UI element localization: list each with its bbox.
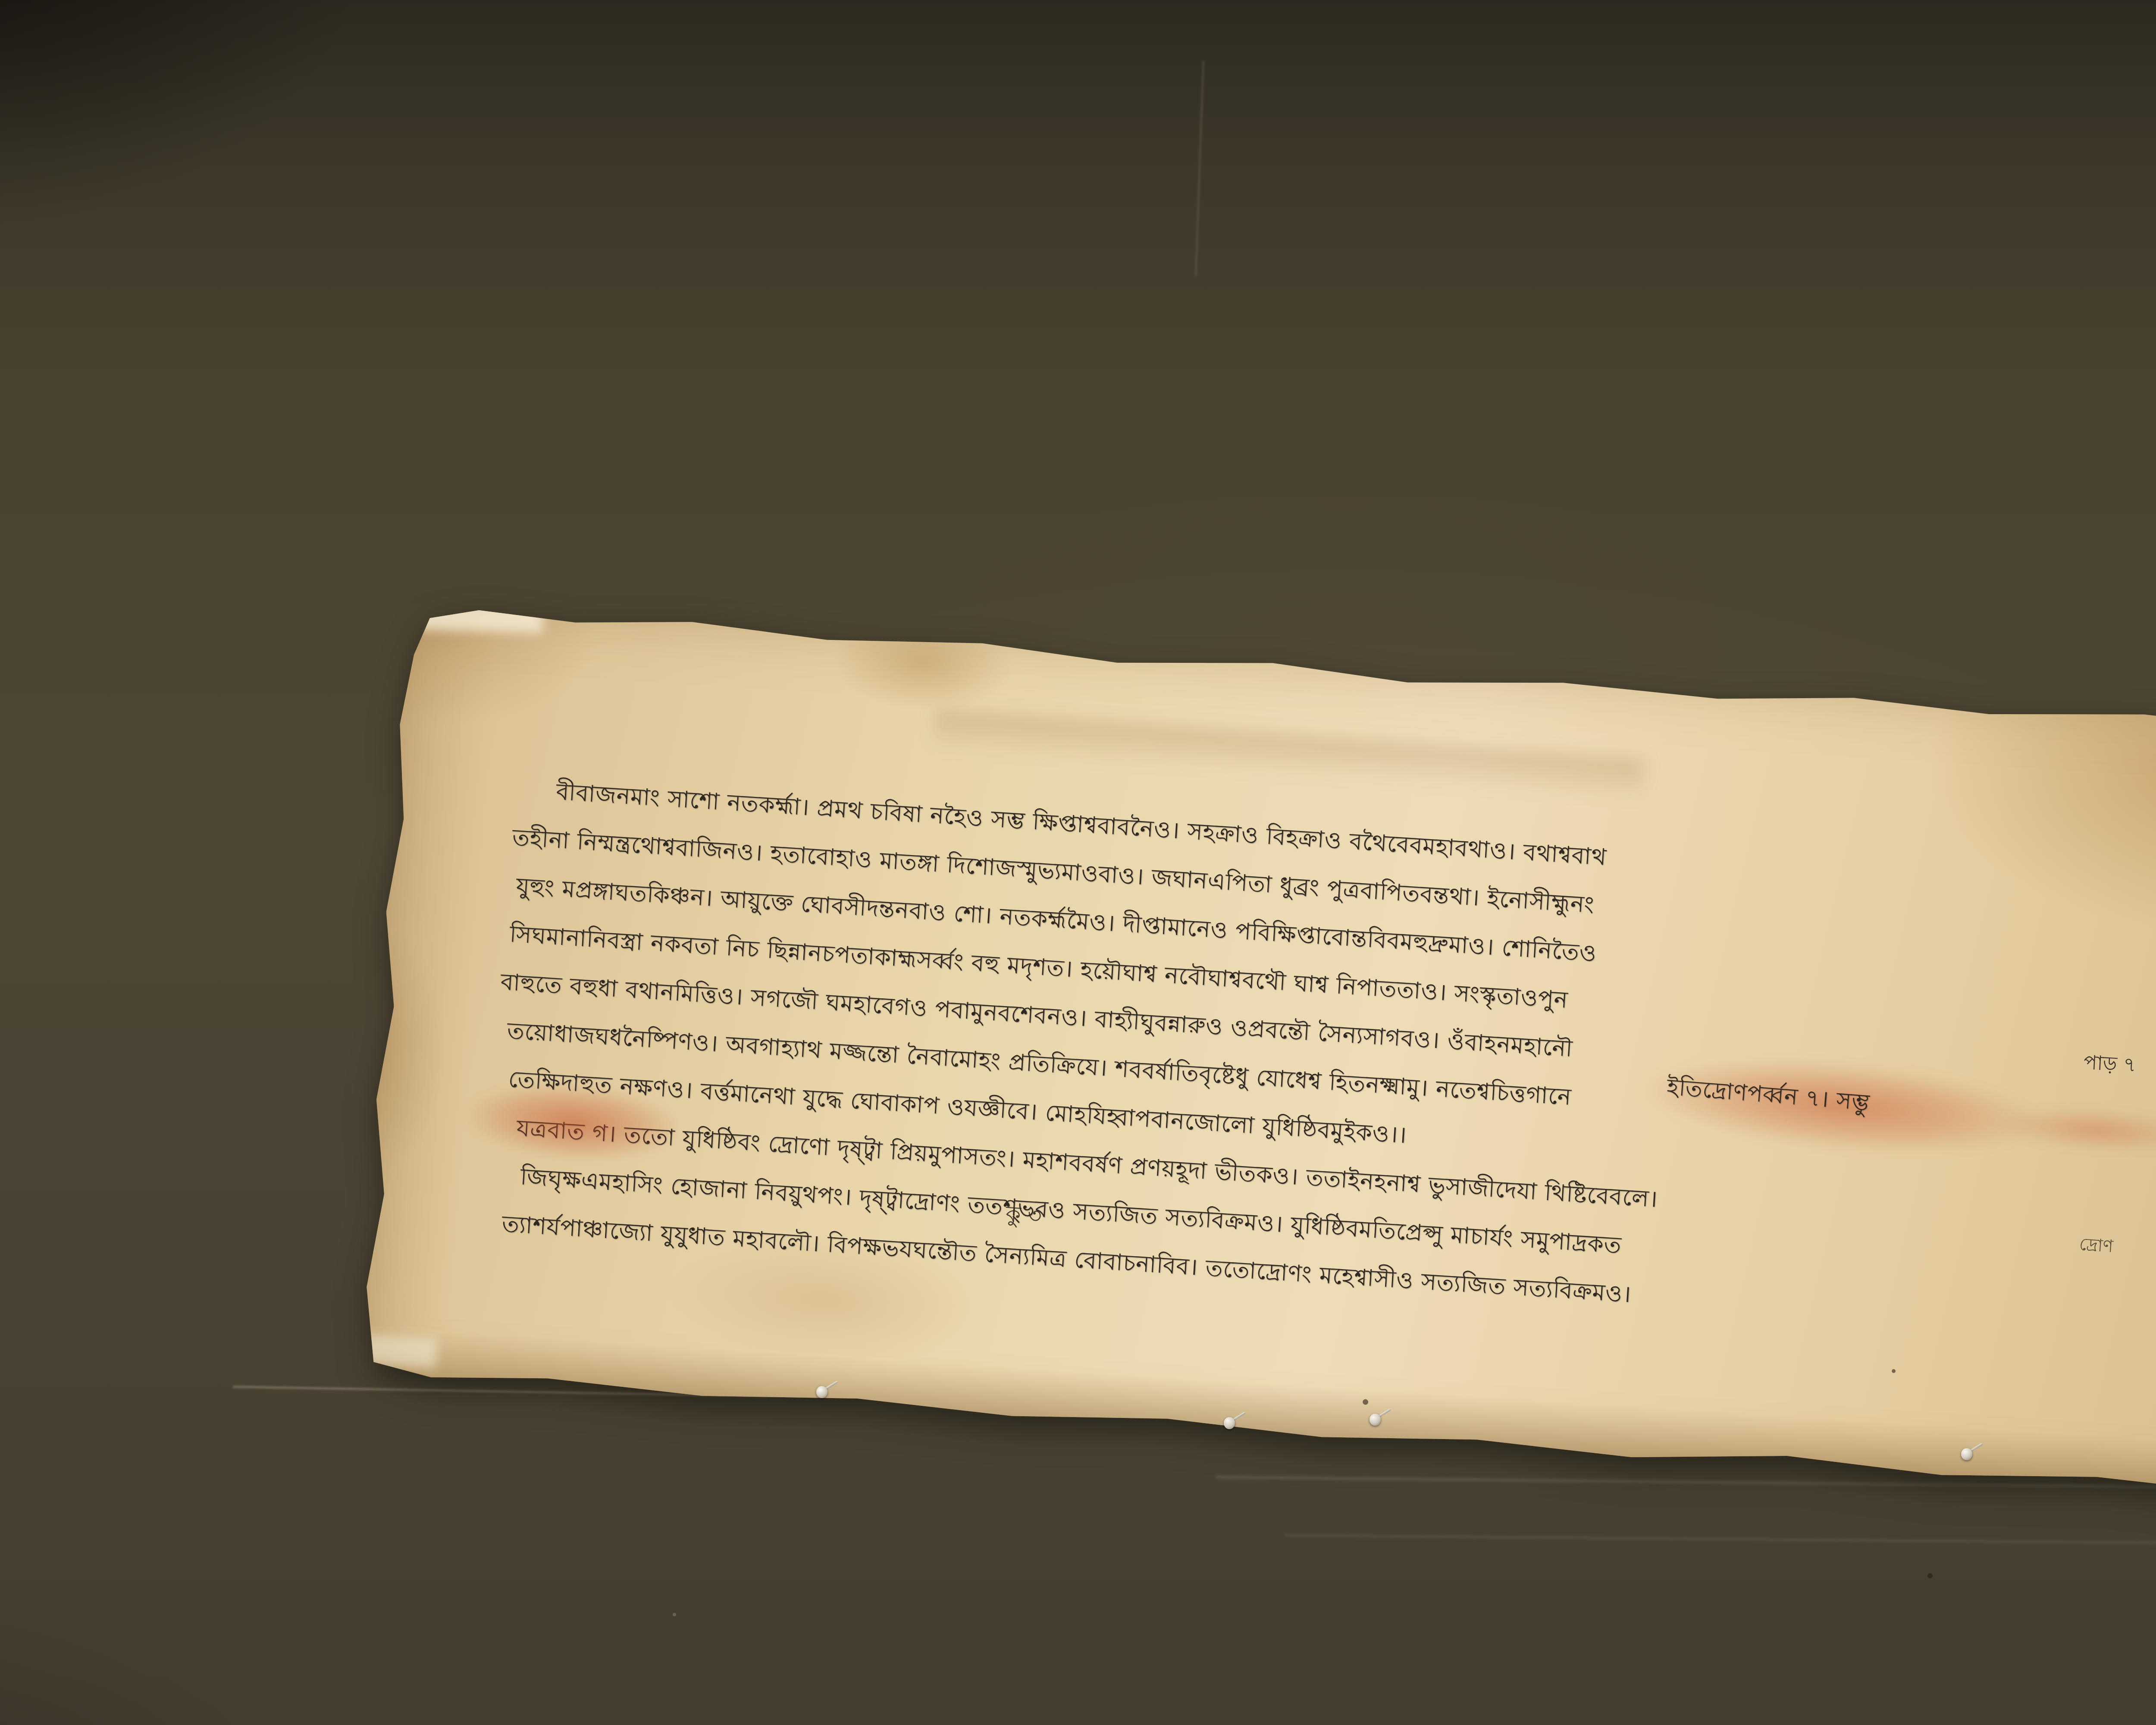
mounting-pin — [1961, 1444, 1987, 1470]
manuscript-text-block: বীবাজনমাং সাশো নতকর্হ্মা। প্রমথ চবিষা নহ… — [478, 765, 2084, 1345]
ink-speck — [1363, 1399, 1369, 1405]
dust-speck — [673, 1613, 676, 1616]
margin-note: পাড় ৭ — [2083, 1048, 2137, 1083]
folio-mark-bottom-right: দ্রোণ — [2078, 1230, 2114, 1261]
manuscript-page: বীবাজনমাং সাশো নতকর্হ্মা। প্রমথ চবিষা নহ… — [353, 599, 2156, 1501]
photograph: বীবাজনমাং সাশো নতকর্হ্মা। প্রমথ চবিষা নহ… — [0, 0, 2156, 1725]
pin-head — [1369, 1414, 1381, 1426]
pin-head — [1961, 1448, 1972, 1460]
mounting-pin — [816, 1382, 842, 1408]
dust-speck — [1927, 1573, 1933, 1578]
folio-mark-bottom-center: কু ৩ — [1004, 1198, 1043, 1236]
mounting-pin — [1369, 1409, 1395, 1435]
pin-head — [816, 1386, 827, 1398]
mounting-pin — [1224, 1413, 1250, 1439]
ink-speck — [1892, 1369, 1896, 1374]
paper-crease-stain — [932, 709, 1645, 801]
pin-head — [1224, 1417, 1235, 1429]
